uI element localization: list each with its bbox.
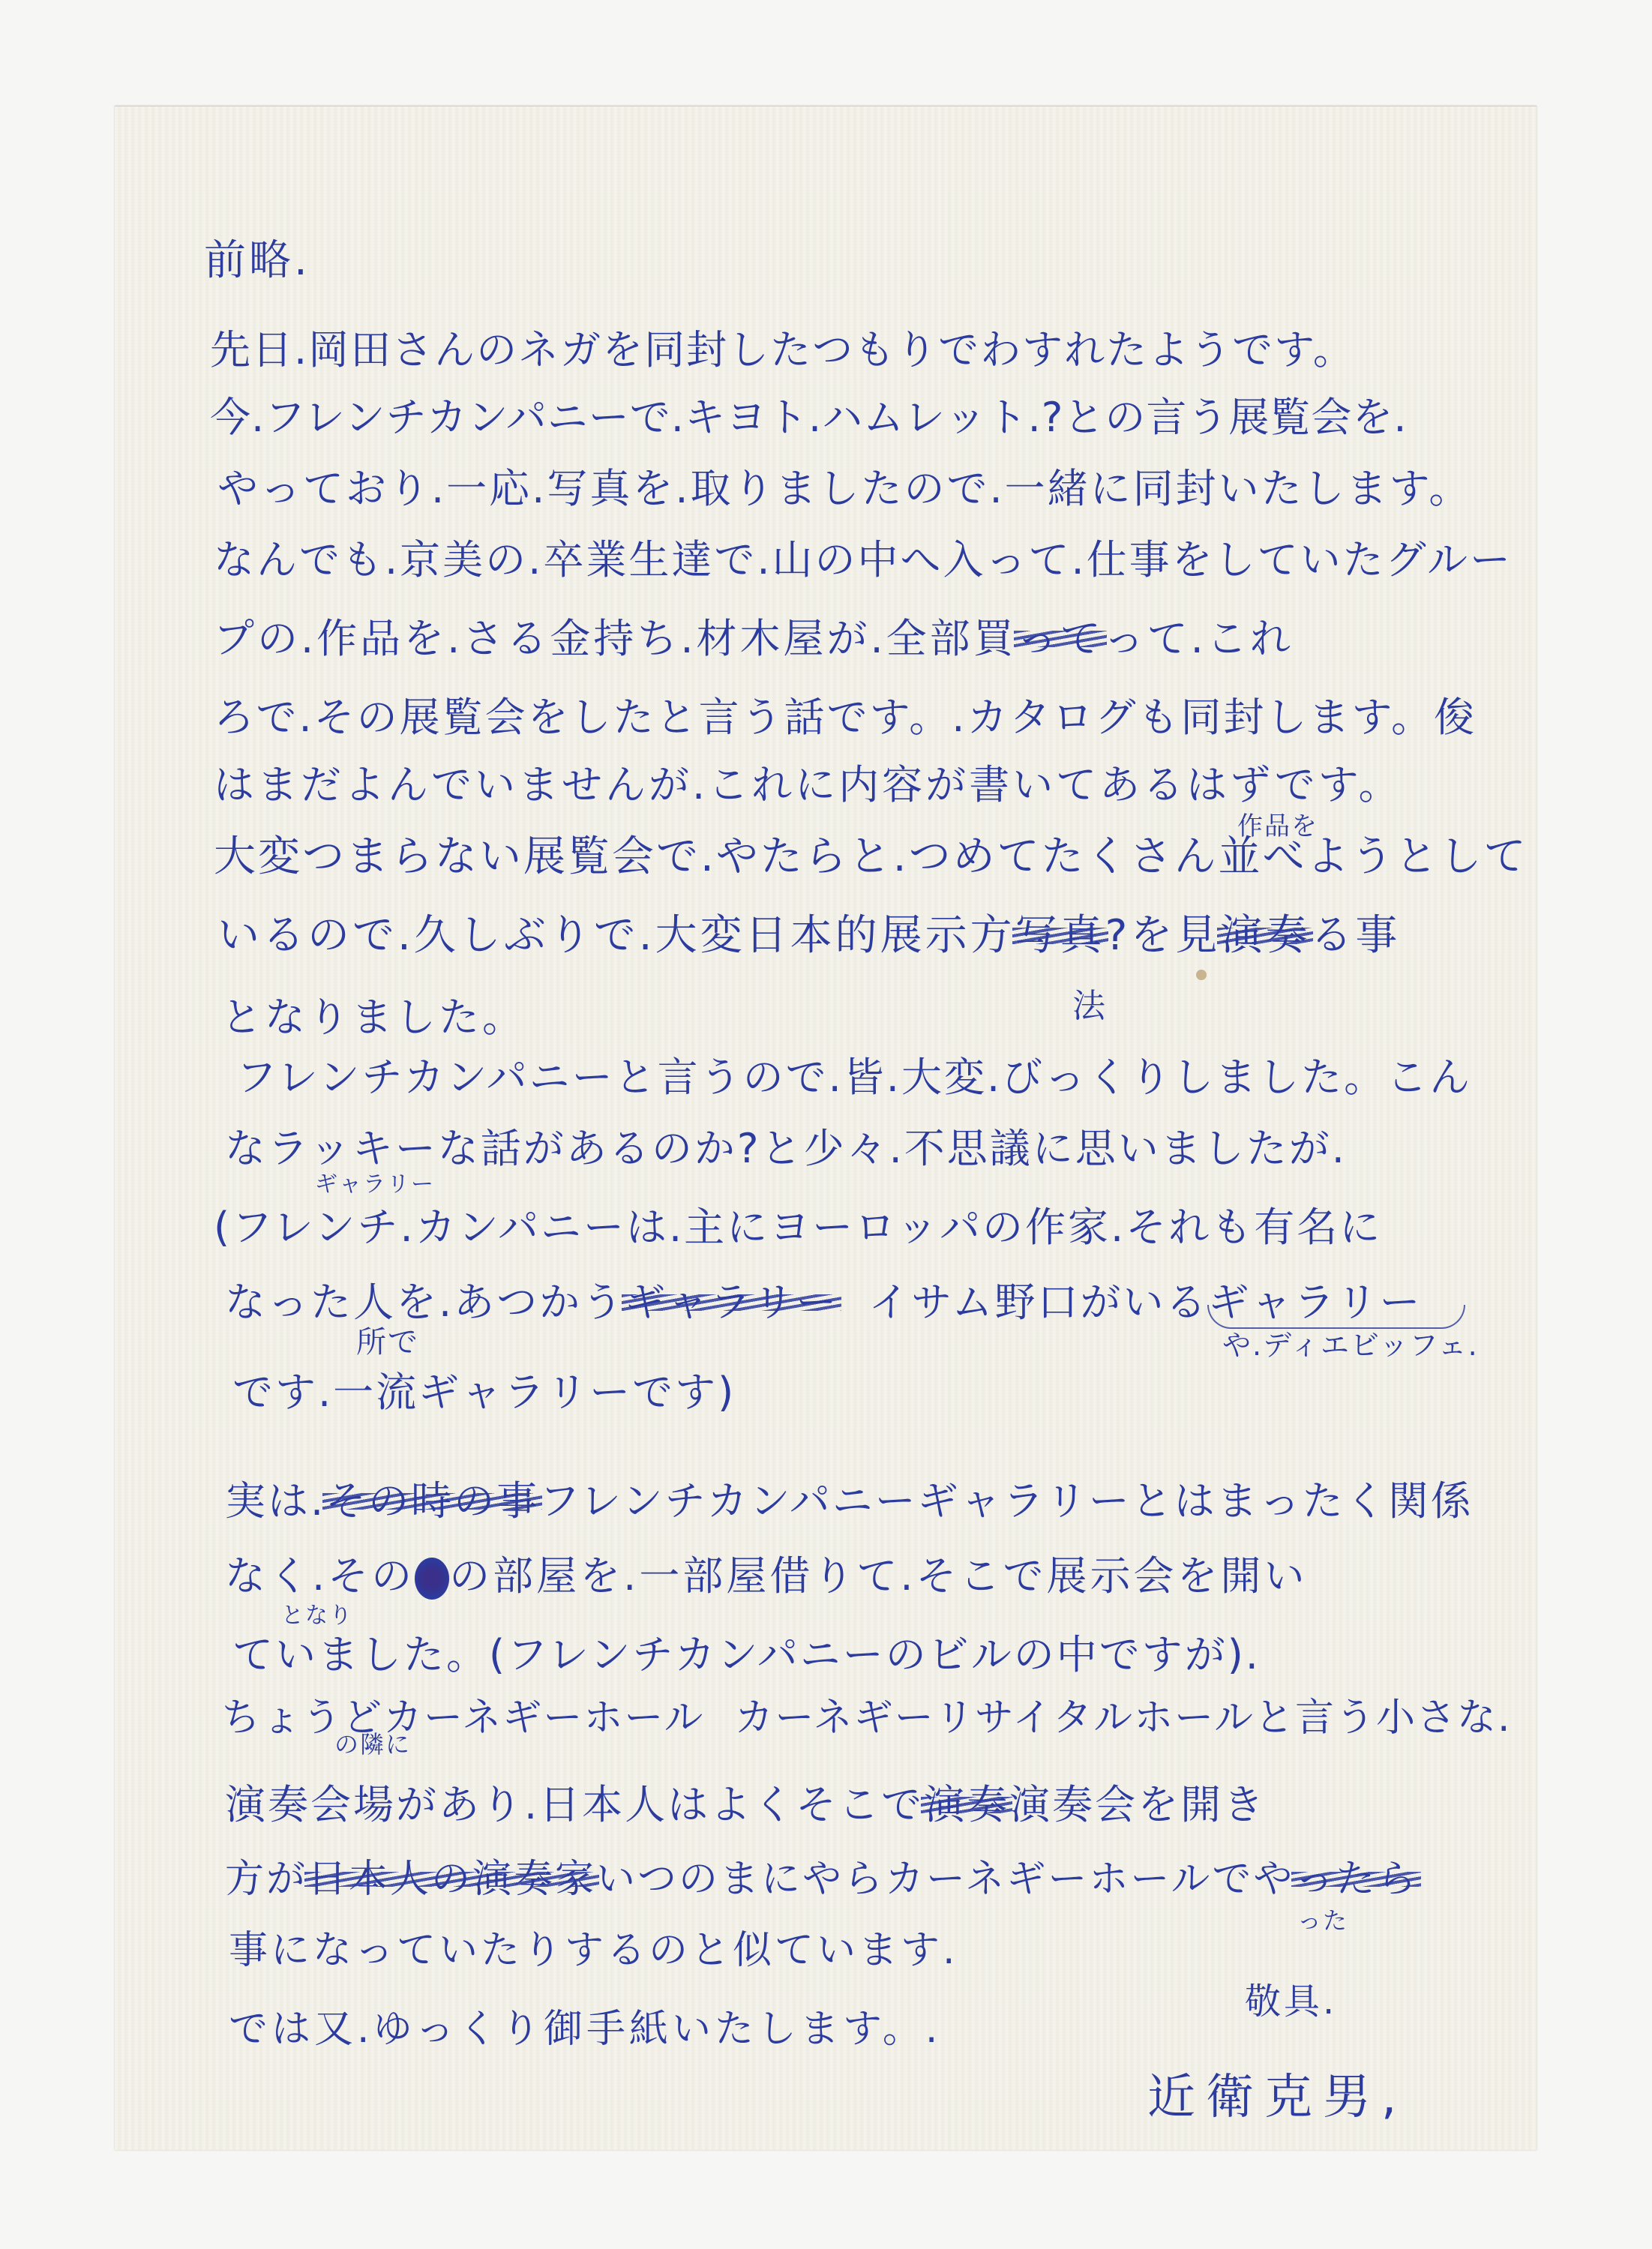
line-14-text: なった人を.あつかう	[225, 1279, 625, 1326]
salutation: 前略.	[204, 240, 310, 282]
struck-text: 演奏	[1220, 915, 1310, 957]
annotation-gallery: ギャラリー	[315, 1174, 435, 1196]
line-19-head: ちょうどカーネギーホール	[221, 1696, 704, 1741]
line-9-text: いるので.久しぶりで.大変日本的展示方	[217, 911, 1015, 960]
letter-line-13: (フレンチ.カンパニーは.主にヨーロッパの作家.それも有名に	[214, 1207, 1382, 1248]
letter-line-1: 先日.岡田さんのネガを同封したつもりでわすれたようです。	[210, 330, 1355, 370]
scribbled-out-mark	[415, 1558, 449, 1600]
closing: 敬具.	[1245, 1984, 1337, 2020]
struck-text: って	[1017, 619, 1104, 659]
insertion-mark	[1207, 1305, 1465, 1329]
letter-line-22: 事になっていたりするのと似ています.	[229, 1931, 958, 1970]
letter-line-23: では又.ゆっくり御手紙いたします。.	[229, 2010, 941, 2049]
annotation-tta: った	[1297, 1909, 1348, 1933]
letter-line-7: はまだよんでいませんが.これに内容が書いてあるはずです。	[214, 765, 1402, 805]
line-16-head: 実は.	[225, 1477, 325, 1525]
annotation-tonari: となり	[281, 1605, 353, 1627]
annotation-tokoro-de: 所で	[356, 1327, 419, 1357]
annotation-buffet: や.ディエビッフェ.	[1222, 1331, 1479, 1360]
letter-line-21: 方が日本人の演奏家いつのまにやらカーネギーホールでやったら	[225, 1860, 1418, 1899]
letter-line-12: なラッキーな話があるのか?と少々.不思議に思いましたが.	[225, 1129, 1347, 1169]
line-17-head: なく.その	[225, 1552, 415, 1600]
struck-text: ったら	[1294, 1860, 1418, 1899]
struck-text: ギャラリー	[625, 1282, 838, 1323]
letter-line-5: プの.作品を.さる金持ち.材木屋が.全部買ってって.これ	[214, 619, 1294, 659]
line-21-text: いつのまにやらカーネギーホールでや	[596, 1857, 1294, 1902]
line-9-tail: る事	[1310, 911, 1400, 960]
struck-text: その時の事	[325, 1481, 539, 1522]
line-16-text: フレンチカンパニーギャラリーとはまったく関係	[539, 1477, 1474, 1525]
line-5-tail: って.これ	[1104, 615, 1294, 662]
letter-line-10: となりました。	[221, 997, 526, 1038]
letter-line-19: ちょうどカーネギーホールカーネギーリサイタルホールと言う小さな.	[221, 1699, 1512, 1738]
paper-stain	[1196, 970, 1207, 980]
letter-line-3: やっており.一応.写真を.取りましたので.一緒に同封いたします。	[217, 469, 1471, 509]
line-6-head: ろで.その	[214, 694, 400, 741]
letter-line-15: です.一流ギャラリーです)	[232, 1372, 736, 1413]
line-19-text: カーネギーリサイタルホールと言う小さな.	[734, 1696, 1511, 1741]
letter-line-16: 実は.その時の事フレンチカンパニーギャラリーとはまったく関係	[225, 1481, 1474, 1522]
annotation-no-tonari: の隣に	[334, 1732, 411, 1756]
letter-line-6: ろで.その展覧会をしたと言う話です。.カタログも同封します。俊	[214, 697, 1477, 738]
annotation-hou: 法	[1072, 990, 1107, 1023]
struck-text: 演奏	[924, 1785, 1009, 1825]
signature: 近衛克男,	[1147, 2074, 1407, 2122]
letter-line-2: 今.フレンチカンパニーで.キヨト.ハムレット.?との言う展覧会を.	[210, 397, 1408, 438]
line-17-text: の部屋を.一部屋借りて.そこで展示会を開い	[449, 1552, 1307, 1600]
letter-line-20: 演奏会場があり.日本人はよくそこで演奏演奏会を開き	[225, 1785, 1266, 1825]
line-5-text: プの.作品を.さる金持ち.材木屋が.全部買	[214, 615, 1017, 662]
line-9-mid: ?を見	[1105, 911, 1221, 960]
line-20-tail: 演奏会を開き	[1009, 1781, 1266, 1828]
letter-line-8: 大変つまらない展覧会で.やたらと.つめてたくさん並べようとして	[214, 836, 1528, 878]
letter-line-11: フレンチカンパニーと言うので.皆.大変.びっくりしました。こん	[236, 1057, 1472, 1098]
line-21-head: 方が	[225, 1857, 307, 1902]
letter-line-18: ていました。(フレンチカンパニーのビルの中ですが).	[232, 1635, 1261, 1675]
letter-line-9: いるので.久しぶりで.大変日本的展示方写真?を見演奏る事	[217, 915, 1400, 957]
letter-line-4: なんでも.京美の.卒業生達で.山の中へ入って.仕事をしていたグルー	[214, 540, 1513, 580]
struck-text: 写真	[1015, 915, 1105, 957]
line-20-text: 演奏会場があり.日本人はよくそこで	[225, 1781, 924, 1828]
letter-line-17: なく.そのの部屋を.一部屋借りて.そこで展示会を開い	[225, 1556, 1308, 1600]
struck-text: 日本人の演奏家	[307, 1860, 596, 1899]
line-6-text: 展覧会をしたと言う話です。.カタログも同封します。俊	[400, 694, 1477, 741]
